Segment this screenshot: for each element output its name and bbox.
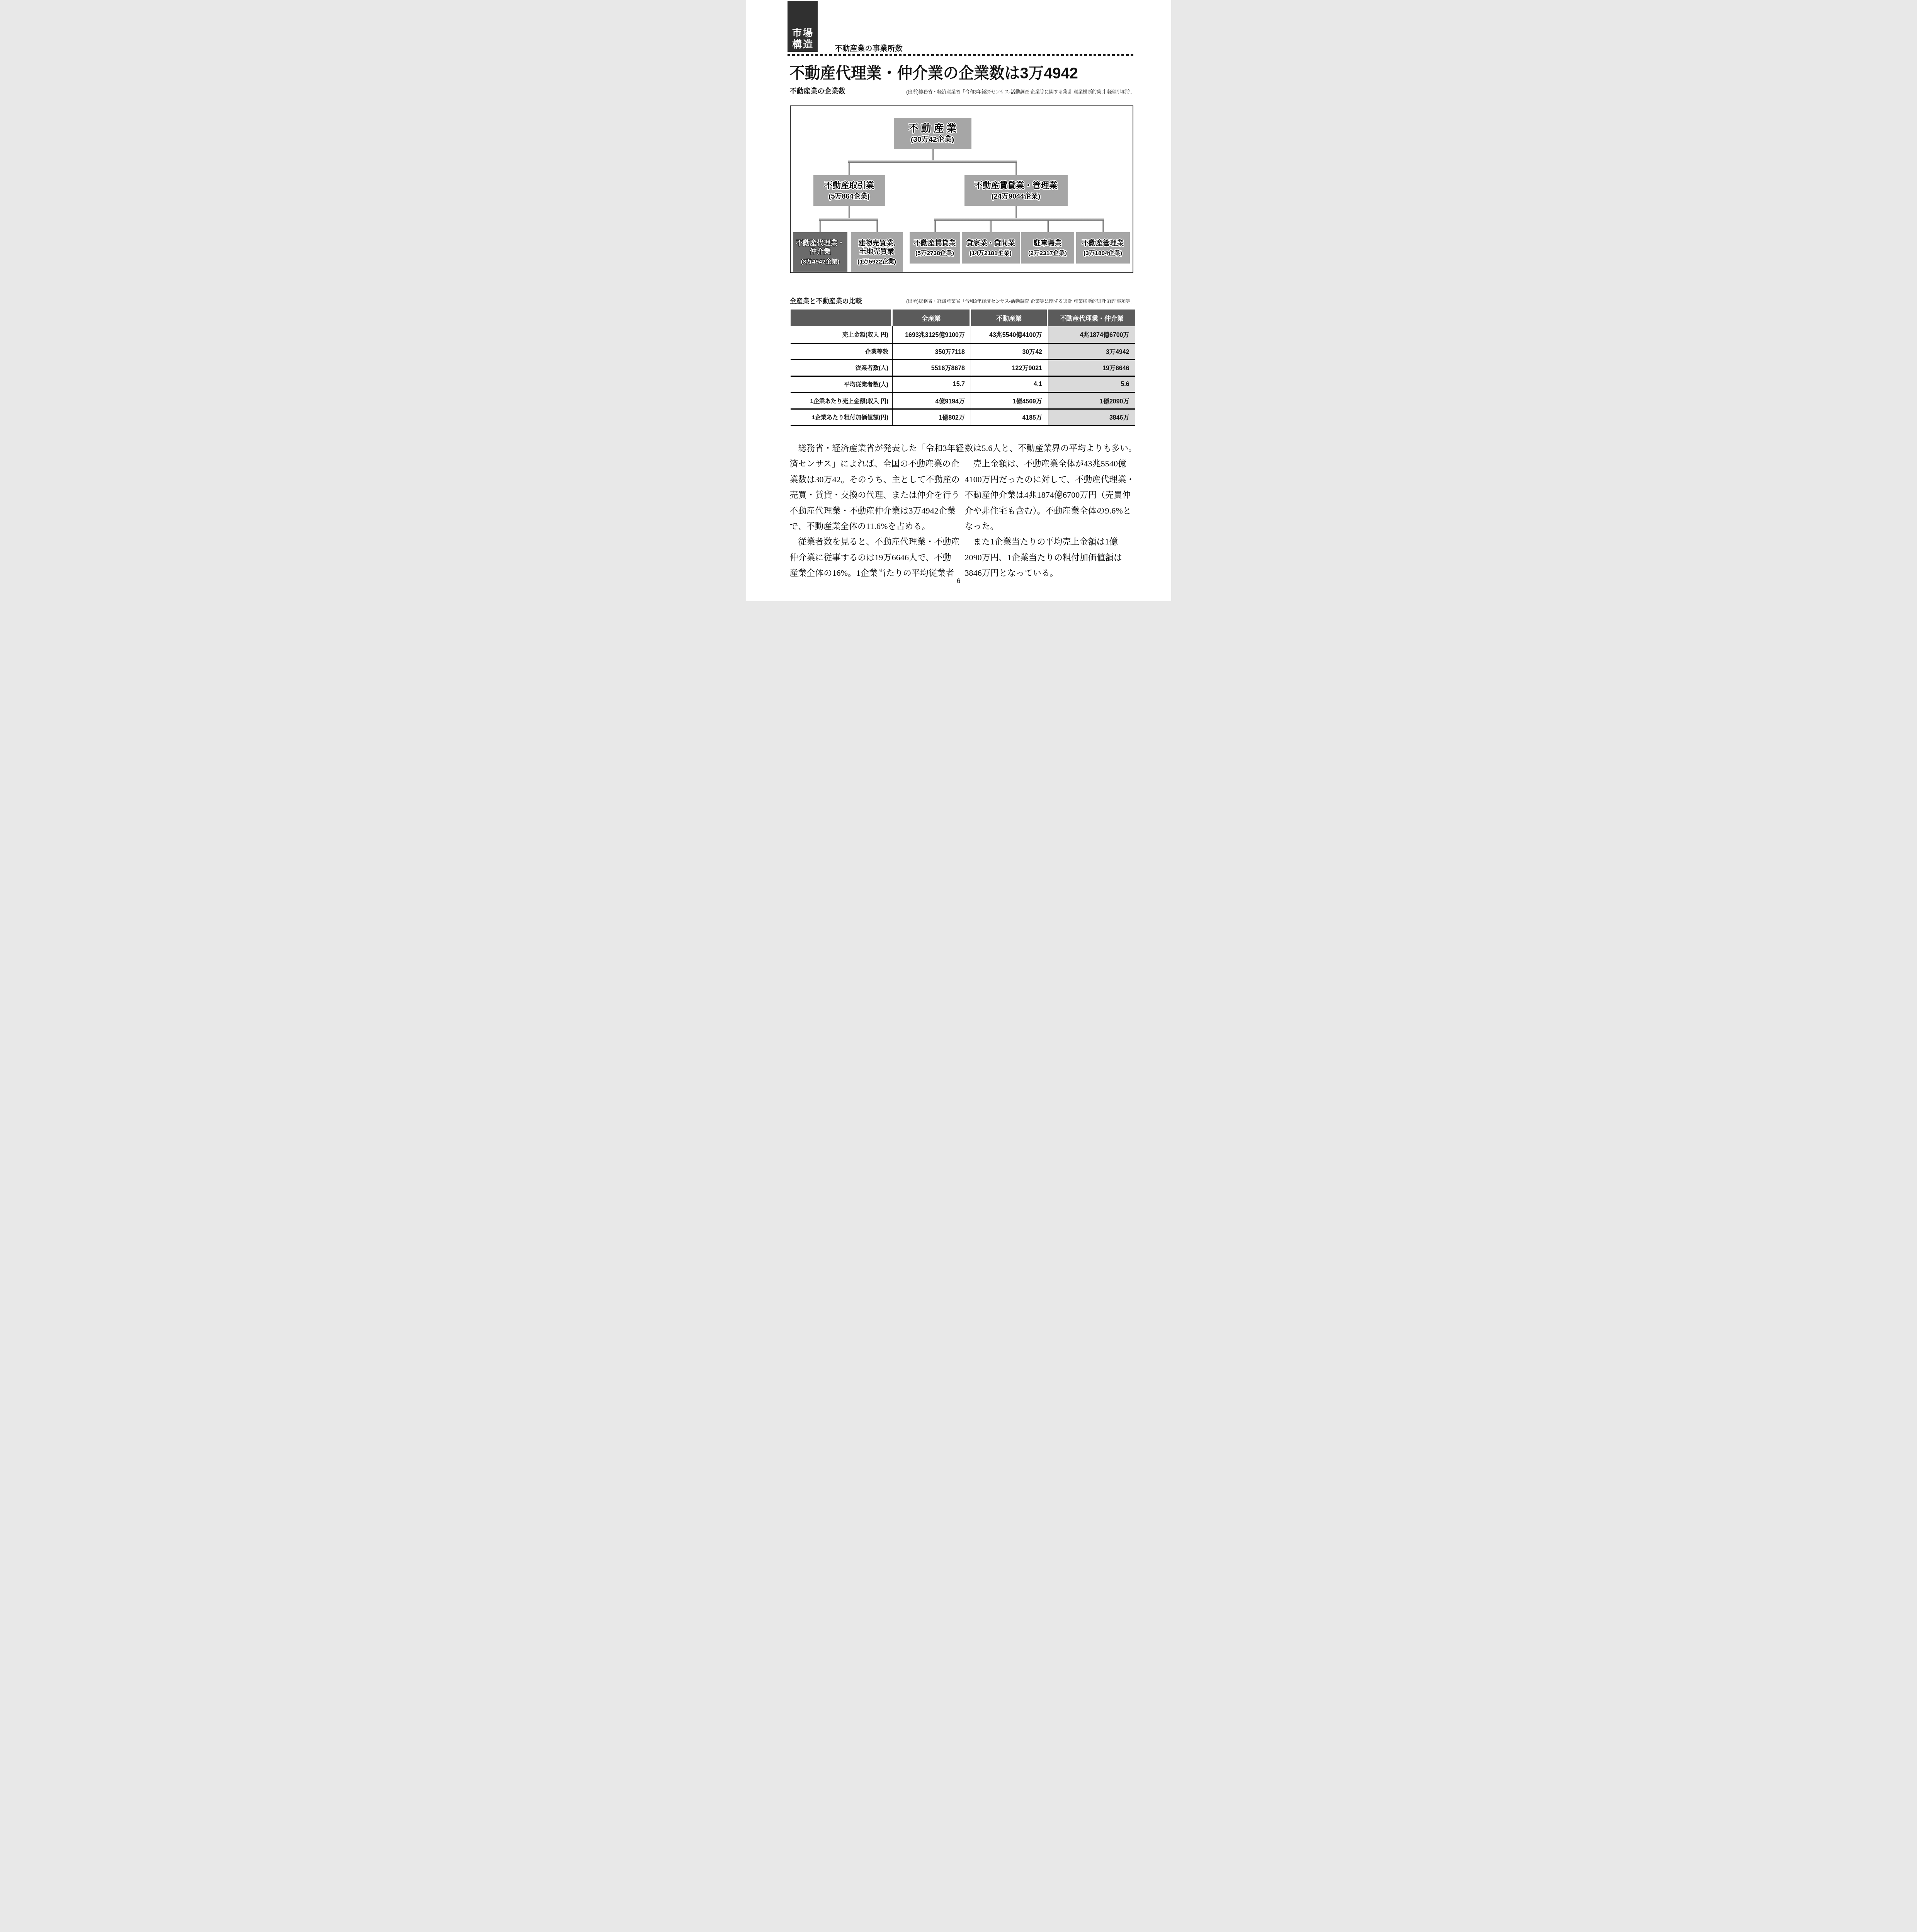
table-cell-highlighted: 1億2090万 [1048, 392, 1135, 408]
figure-source: (出所)総務省・経済産業省「令和3年経済センサス-活動調査 企業等に関する集計 … [906, 88, 1135, 95]
row-label: 1企業あたり売上金額(収入 円) [791, 392, 893, 408]
body-line: なった。 [965, 519, 1136, 534]
org-node-leasing-management-business: 不動産賃貸業・管理業 (24万9044企業) [964, 175, 1068, 206]
org-leaf-parking-lot: 駐車場業 (2万2317企業) [1021, 232, 1074, 264]
body-line: で、不動産業全体の11.6%を占める。 [790, 519, 961, 534]
body-line: 売上金額は、不動産業全体が43兆5540億 [965, 456, 1136, 471]
org-node-name-line1: 不動産代理業・ [796, 239, 845, 248]
body-line: 2090万円、1企業当たりの粗付加価値額は [965, 550, 1136, 565]
connector-leaf6-drop [1102, 221, 1104, 232]
body-line: また1企業当たりの平均売上金額は1億 [965, 534, 1136, 549]
connector-leaf5-drop [1047, 221, 1049, 232]
table-cell: 30万42 [971, 343, 1048, 359]
body-line: 売買・賃貸・交換の代理、または仲介を行う [790, 487, 961, 503]
org-leaf-building-land-sales: 建物売買業, 土地売買業 (1万5922企業) [851, 232, 903, 272]
table-cell-highlighted: 3万4942 [1048, 343, 1135, 359]
body-line: 済センサス」によれば、全国の不動産業の企 [790, 456, 961, 471]
org-node-name: 不動産賃貸業・管理業 [974, 180, 1057, 190]
org-node-count: (24万9044企業) [992, 192, 1040, 201]
body-line: 総務省・経済産業省が発表した「令和3年経 [790, 440, 961, 456]
row-label: 1企業あたり粗付加価値額(円) [791, 408, 893, 425]
body-line: 4100万円だったのに対して、不動産代理業・ [965, 472, 1136, 487]
connector-level1-bar [848, 160, 1017, 163]
org-node-count: (14万2181企業) [970, 250, 1012, 257]
org-node-name-line2: 仲介業 [810, 247, 831, 256]
connector-leaf3-drop [934, 221, 936, 232]
row-label: 売上金額(収入 円) [791, 326, 893, 343]
connector-root-drop [932, 149, 934, 160]
org-node-name-line1: 不動産賃貸業 [914, 239, 956, 248]
org-node-count: (5万864企業) [828, 192, 869, 201]
org-node-name-line1: 建物売買業, [858, 239, 895, 248]
table-cell-highlighted: 3846万 [1048, 408, 1135, 425]
table-cell: 15.7 [893, 376, 971, 392]
body-text-left-column: 総務省・経済産業省が発表した「令和3年経 済センサス」によれば、全国の不動産業の… [790, 440, 961, 581]
connector-left-subtree-riser [848, 206, 850, 218]
org-node-count: (30万42企業) [911, 135, 954, 145]
table-caption: 全産業と不動産業の比較 [790, 296, 862, 305]
table-cell: 1693兆3125億9100万 [893, 326, 971, 343]
table-cell-highlighted: 5.6 [1048, 376, 1135, 392]
connector-right-subtree-bar [934, 218, 1104, 221]
table-cell-highlighted: 19万6646 [1048, 359, 1135, 376]
row-label: 企業等数 [791, 343, 893, 359]
connector-leaf4-drop [990, 221, 992, 232]
connector-leaf1-drop [819, 221, 821, 232]
org-node-transaction-business: 不動産取引業 (5万864企業) [813, 175, 885, 206]
dotted-divider [788, 54, 1135, 56]
connector-right-subtree-riser [1015, 206, 1017, 218]
category-label-line2: 構造 [791, 39, 814, 50]
connector-branch-right-drop [1015, 163, 1017, 175]
table-cell: 1億802万 [893, 408, 971, 425]
table-cell: 43兆5540億4100万 [971, 326, 1048, 343]
body-line: 不動産仲介業は4兆1874億6700万円（売買仲 [965, 487, 1136, 503]
row-label: 平均従業者数(人) [791, 376, 893, 392]
org-leaf-agency-brokerage: 不動産代理業・ 仲介業 (3万4942企業) [793, 232, 847, 272]
org-node-count: (5万2738企業) [915, 250, 954, 257]
org-node-name-line1: 不動産管理業 [1082, 239, 1124, 248]
body-line: 不動産代理業・不動産仲介業は3万4942企業 [790, 503, 961, 519]
column-header-agency-brokerage: 不動産代理業・仲介業 [1048, 310, 1135, 326]
row-label: 従業者数(人) [791, 359, 893, 376]
table-cell: 4.1 [971, 376, 1048, 392]
page-title: 不動産代理業・仲介業の企業数は3万4942 [789, 60, 1078, 83]
comparison-table: 全産業 不動産業 不動産代理業・仲介業 売上金額(収入 円) 1693兆3125… [791, 310, 1135, 426]
table-cell: 5516万8678 [893, 359, 971, 376]
org-leaf-real-estate-leasing: 不動産賃貸業 (5万2738企業) [910, 232, 960, 264]
section-label: 不動産業の事業所数 [835, 43, 903, 53]
table-cell: 1億4569万 [971, 392, 1048, 408]
body-line: 数は5.6人と、不動産業界の平均よりも多い。 [965, 440, 1136, 456]
table-cell: 4185万 [971, 408, 1048, 425]
column-header-blank [791, 310, 893, 326]
column-header-real-estate: 不動産業 [971, 310, 1048, 326]
connector-leaf2-drop [876, 221, 878, 232]
org-node-real-estate-industry: 不動産業 (30万42企業) [894, 118, 971, 149]
table-cell: 122万9021 [971, 359, 1048, 376]
connector-branch-left-drop [848, 163, 850, 175]
org-node-count: (1万5922企業) [857, 258, 896, 265]
column-header-all-industries: 全産業 [893, 310, 971, 326]
org-node-name: 不動産業 [905, 122, 959, 134]
category-tab: 市場 構造 [788, 1, 818, 52]
org-node-name-line1: 駐車場業 [1034, 239, 1061, 248]
category-label-line1: 市場 [791, 28, 814, 39]
body-text-right-column: 数は5.6人と、不動産業界の平均よりも多い。 売上金額は、不動産業全体が43兆5… [965, 440, 1136, 581]
org-node-name-line2: 土地売買業 [859, 247, 894, 256]
org-node-count: (3万1804企業) [1084, 250, 1122, 257]
org-leaf-property-management: 不動産管理業 (3万1804企業) [1076, 232, 1130, 264]
body-line: 仲介業に従事するのは19万6646人で、不動 [790, 550, 961, 565]
figure-caption: 不動産業の企業数 [790, 86, 845, 96]
org-node-name: 不動産取引業 [824, 180, 874, 190]
org-node-name-line1: 貸家業・貸間業 [966, 239, 1015, 248]
magazine-page: 市場 構造 不動産業の事業所数 不動産代理業・仲介業の企業数は3万4942 不動… [746, 0, 1171, 601]
body-line: 業数は30万42。そのうち、主として不動産の [790, 472, 961, 487]
org-node-count: (3万4942企業) [801, 258, 840, 265]
table-source: (出所)総務省・経済産業省「令和3年経済センサス-活動調査 企業等に関する集計 … [906, 298, 1135, 304]
org-node-count: (2万2317企業) [1028, 250, 1067, 257]
body-line: 介や非住宅も含む）。不動産業全体の9.6%と [965, 503, 1136, 519]
body-line: 従業者数を見ると、不動産代理業・不動産 [790, 534, 961, 549]
table-cell-highlighted: 4兆1874億6700万 [1048, 326, 1135, 343]
page-number: 6 [746, 577, 1171, 585]
table-cell: 350万7118 [893, 343, 971, 359]
connector-left-subtree-bar [819, 218, 878, 221]
table-cell: 4億9194万 [893, 392, 971, 408]
org-leaf-house-room-rental: 貸家業・貸間業 (14万2181企業) [962, 232, 1020, 264]
